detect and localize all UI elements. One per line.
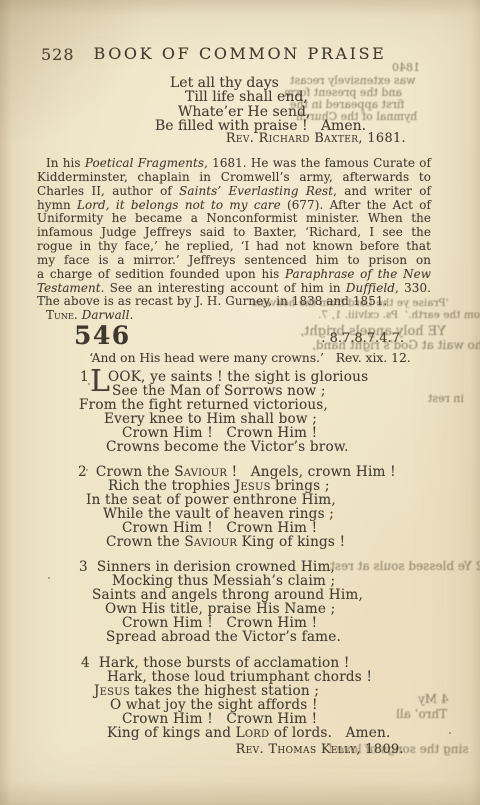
text-line: Till life shall end, — [0, 90, 480, 104]
author-attribution-kelly: Rev. Thomas Kelly, 1809. — [0, 742, 404, 757]
commentary-paragraph: In his Poetical Fragments, 1681. He was … — [37, 157, 431, 323]
book-page-scan: 1840was extensively recastand the presen… — [0, 0, 480, 805]
text-line: Charles II, author of Saints’ Everlastin… — [37, 185, 431, 199]
running-title: BOOK OF COMMON PRAISE — [40, 44, 440, 63]
hymn-epigraph: ‘And on His head were many crowns.’ Rev.… — [45, 351, 455, 365]
text-line: Kidderminster, chaplain in Cromwell’s ar… — [37, 171, 431, 185]
hymn-verse-3: 3 Sinners in derision crowned Him,Mockin… — [0, 561, 480, 644]
text-line: rogue in thy face,’ he replied, ‘I had n… — [37, 240, 431, 254]
text-line: Whate’er He send, — [0, 105, 480, 119]
text-line: In his Poetical Fragments, 1681. He was … — [37, 157, 431, 171]
printed-content: 528 BOOK OF COMMON PRAISE Let all thy da… — [0, 0, 480, 805]
verse-number: 1 — [80, 371, 89, 385]
text-line: The above is as recast by J. H. Gurney, … — [37, 295, 431, 309]
text-line: Let all thy days — [0, 76, 480, 90]
hymn-verse-2: 2 Crown the Saviour ! Angels, crown Him … — [0, 466, 480, 549]
text-line: hymn Lord, it belongs not to my care (67… — [37, 199, 431, 213]
text-line: infamous Judge Jeffreys said to Baxter, … — [37, 226, 431, 240]
text-line: King of kings and Lord of lords. Amen. — [0, 727, 480, 741]
text-line: Uniformity he became a Nonconformist min… — [37, 212, 431, 226]
text-line: Crown the Saviour King of kings ! — [0, 536, 480, 550]
text-line: Crowns become the Victor’s brow. — [0, 441, 480, 455]
text-line: my face is a mirror.’ Jeffreys sentenced… — [37, 254, 431, 268]
author-attribution-baxter: Rev. Richard Baxter, 1681. — [0, 131, 406, 146]
hymn-verse-1: 1 L OOK, ye saints ! the sight is glorio… — [0, 371, 480, 454]
hymn-verse-4: 4 Hark, those bursts of acclamation !Har… — [0, 657, 480, 740]
text-line: Testament. See an interesting account of… — [37, 282, 431, 296]
text-line: a charge of sedition founded upon his Pa… — [37, 268, 431, 282]
previous-hymn-quatrain: Let all thy daysTill life shall end,What… — [0, 76, 480, 133]
hymn-meter: . 8.7.8.7.4.7. — [0, 331, 404, 346]
text-line: Spread abroad the Victor’s fame. — [0, 631, 480, 645]
verse-dropcap: L — [90, 367, 110, 397]
